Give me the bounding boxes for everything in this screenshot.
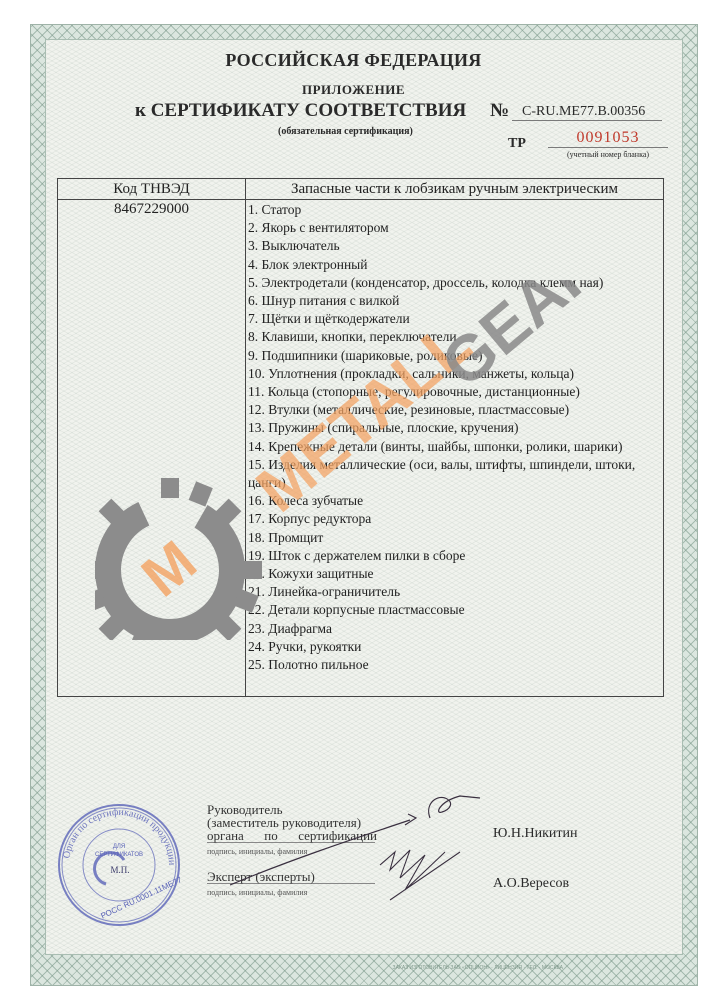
list-item: 18. Промщит: [248, 529, 659, 547]
svg-text:РОСС RU.0001.11МЕ77: РОСС RU.0001.11МЕ77: [99, 875, 183, 921]
list-item: 5. Электродетали (конденсатор, дроссель,…: [248, 274, 659, 292]
list-item: 24. Ручки, рукоятки: [248, 638, 659, 656]
list-item: 17. Корпус редуктора: [248, 510, 659, 528]
table-row: 8467229000 1. Статор2. Якорь с вентилято…: [58, 200, 664, 697]
list-item: 8. Клавиши, кнопки, переключатели: [248, 328, 659, 346]
tr-label: ТР: [508, 136, 526, 152]
expert-signature-caption: подпись, инициалы, фамилия: [207, 884, 377, 899]
list-item: 3. Выключатель: [248, 237, 659, 255]
expert-signature-block: Эксперт (эксперты) подпись, инициалы, фа…: [207, 870, 377, 899]
svg-text:М.П.: М.П.: [110, 865, 129, 875]
list-item: 4. Блок электронный: [248, 256, 659, 274]
printer-footer-strip: ЗАКАЗ ИЗГОТОВИТЕЛЬ ЗАО «ОПЦИОН» · ЛИЦЕНЗ…: [45, 961, 683, 975]
list-item: 10. Уплотнения (прокладки, сальники, ман…: [248, 365, 659, 383]
list-item: 19. Шток с держателем пилки в сборе: [248, 547, 659, 565]
certificate-number: C-RU.ME77.B.00356: [512, 104, 662, 121]
blank-number: 0091053: [548, 129, 668, 148]
list-item: 11. Кольца (стопорные, регулировочные, д…: [248, 383, 659, 401]
list-item: 20. Кожухи защитные: [248, 565, 659, 583]
list-item: 14. Крепежные детали (винты, шайбы, шпон…: [248, 438, 659, 456]
head-name: Ю.Н.Никитин: [493, 826, 578, 842]
certification-stamp: Орган по сертификации продукции ДЛЯ СЕРТ…: [54, 800, 184, 930]
list-item: 7. Щётки и щёткодержатели: [248, 310, 659, 328]
expert-role: Эксперт (эксперты): [207, 870, 377, 883]
number-sign: №: [490, 100, 509, 122]
column-header-code: Код ТНВЭД: [58, 179, 246, 200]
list-item: 9. Подшипники (шариковые, роликовые): [248, 347, 659, 365]
list-item: 25. Полотно пильное: [248, 656, 659, 674]
country-title: РОССИЙСКАЯ ФЕДЕРАЦИЯ: [0, 50, 707, 71]
list-item: 12. Втулки (металлические, резиновые, пл…: [248, 401, 659, 419]
column-header-description: Запасные части к лобзикам ручным электри…: [246, 179, 664, 200]
head-role-line-3: органа по сертификации: [207, 829, 377, 842]
list-item: 1. Статор: [248, 201, 659, 219]
table-header-row: Код ТНВЭД Запасные части к лобзикам ручн…: [58, 179, 664, 200]
tnved-code: 8467229000: [58, 200, 246, 697]
list-item: 22. Детали корпусные пластмассовые: [248, 601, 659, 619]
list-item: 13. Пружины (спиральные, плоские, кручен…: [248, 419, 659, 437]
certificate-title: к СЕРТИФИКАТУ СООТВЕТСТВИЯ: [135, 100, 466, 122]
list-item: 16. Колеса зубчатые: [248, 492, 659, 510]
appendix-title: ПРИЛОЖЕНИЕ: [0, 82, 707, 98]
head-signature-block: Руководитель (заместитель руководителя) …: [207, 803, 377, 858]
list-item: 23. Диафрагма: [248, 620, 659, 638]
list-item: 15. Изделия металлические (оси, валы, шт…: [248, 456, 659, 492]
blank-number-note: (учетный номер бланка): [548, 150, 668, 159]
list-item: 21. Линейка-ограничитель: [248, 583, 659, 601]
parts-list: 1. Статор2. Якорь с вентилятором3. Выклю…: [246, 200, 664, 697]
parts-table: Код ТНВЭД Запасные части к лобзикам ручн…: [57, 178, 664, 697]
expert-name: А.О.Вересов: [493, 876, 569, 892]
list-item: 6. Шнур питания с вилкой: [248, 292, 659, 310]
list-item: 2. Якорь с вентилятором: [248, 219, 659, 237]
certification-type: (обязательная сертификация): [278, 126, 413, 137]
head-signature-caption: подпись, инициалы, фамилия: [207, 843, 377, 858]
svg-text:ДЛЯ: ДЛЯ: [113, 844, 125, 850]
